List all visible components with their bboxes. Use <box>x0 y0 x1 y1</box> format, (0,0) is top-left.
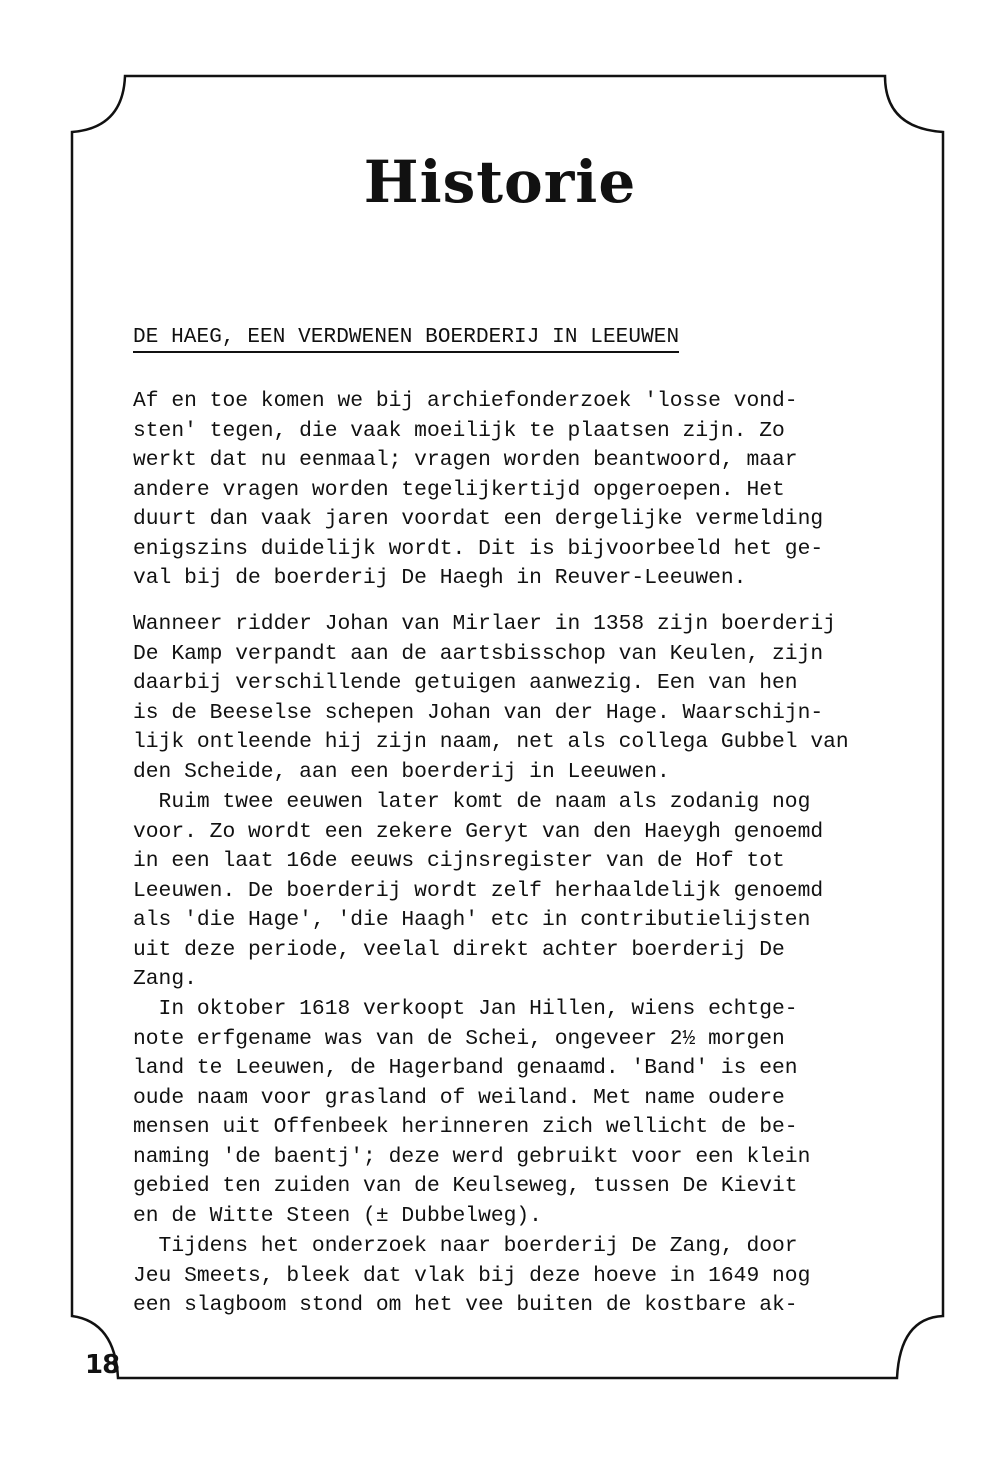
article-heading: DE HAEG, EEN VERDWENEN BOERDERIJ IN LEEU… <box>133 326 679 353</box>
text-line: als 'die Hage', 'die Haagh' etc in contr… <box>133 906 933 936</box>
text-line: land te Leeuwen, de Hagerband genaamd. '… <box>133 1054 933 1084</box>
text-line: oude naam voor grasland of weiland. Met … <box>133 1084 933 1114</box>
text-line: daarbij verschillende getuigen aanwezig.… <box>133 669 933 699</box>
text-line: is de Beeselse schepen Johan van der Hag… <box>133 699 933 729</box>
paragraph: Af en toe komen we bij archiefonderzoek … <box>133 387 933 594</box>
text-line: Jeu Smeets, bleek dat vlak bij deze hoev… <box>133 1262 933 1292</box>
text-line: De Kamp verpandt aan de aartsbisschop va… <box>133 640 933 670</box>
text-line: en de Witte Steen (± Dubbelweg). <box>133 1202 933 1232</box>
text-line: in een laat 16de eeuws cijnsregister van… <box>133 847 933 877</box>
text-line: Zang. <box>133 965 933 995</box>
text-line: gebied ten zuiden van de Keulseweg, tuss… <box>133 1172 933 1202</box>
paragraph: Tijdens het onderzoek naar boerderij De … <box>133 1232 933 1321</box>
text-line: naming 'de baentj'; deze werd gebruikt v… <box>133 1143 933 1173</box>
page-number: 18 <box>85 1350 119 1380</box>
text-line: Leeuwen. De boerderij wordt zelf herhaal… <box>133 877 933 907</box>
text-line: uit deze periode, veelal direkt achter b… <box>133 936 933 966</box>
text-line: andere vragen worden tegelijkertijd opge… <box>133 476 933 506</box>
text-line: In oktober 1618 verkoopt Jan Hillen, wie… <box>133 995 933 1025</box>
section-title: Historie <box>0 148 1000 216</box>
text-line: val bij de boerderij De Haegh in Reuver-… <box>133 564 933 594</box>
text-line: sten' tegen, die vaak moeilijk te plaats… <box>133 417 933 447</box>
text-line: note erfgename was van de Schei, ongevee… <box>133 1025 933 1055</box>
text-line: enigszins duidelijk wordt. Dit is bijvoo… <box>133 535 933 565</box>
paragraph: In oktober 1618 verkoopt Jan Hillen, wie… <box>133 995 933 1231</box>
text-line: Af en toe komen we bij archiefonderzoek … <box>133 387 933 417</box>
text-line: Tijdens het onderzoek naar boerderij De … <box>133 1232 933 1262</box>
text-line: werkt dat nu eenmaal; vragen worden bean… <box>133 446 933 476</box>
text-line: Wanneer ridder Johan van Mirlaer in 1358… <box>133 610 933 640</box>
text-line: den Scheide, aan een boerderij in Leeuwe… <box>133 758 933 788</box>
paragraph: Ruim twee eeuwen later komt de naam als … <box>133 788 933 995</box>
paragraph: Wanneer ridder Johan van Mirlaer in 1358… <box>133 610 933 787</box>
text-line: Ruim twee eeuwen later komt de naam als … <box>133 788 933 818</box>
text-line: duurt dan vaak jaren voordat een dergeli… <box>133 505 933 535</box>
text-line: lijk ontleende hij zijn naam, net als co… <box>133 728 933 758</box>
text-line: mensen uit Offenbeek herinneren zich wel… <box>133 1113 933 1143</box>
text-line: voor. Zo wordt een zekere Geryt van den … <box>133 818 933 848</box>
text-line: een slagboom stond om het vee buiten de … <box>133 1291 933 1321</box>
